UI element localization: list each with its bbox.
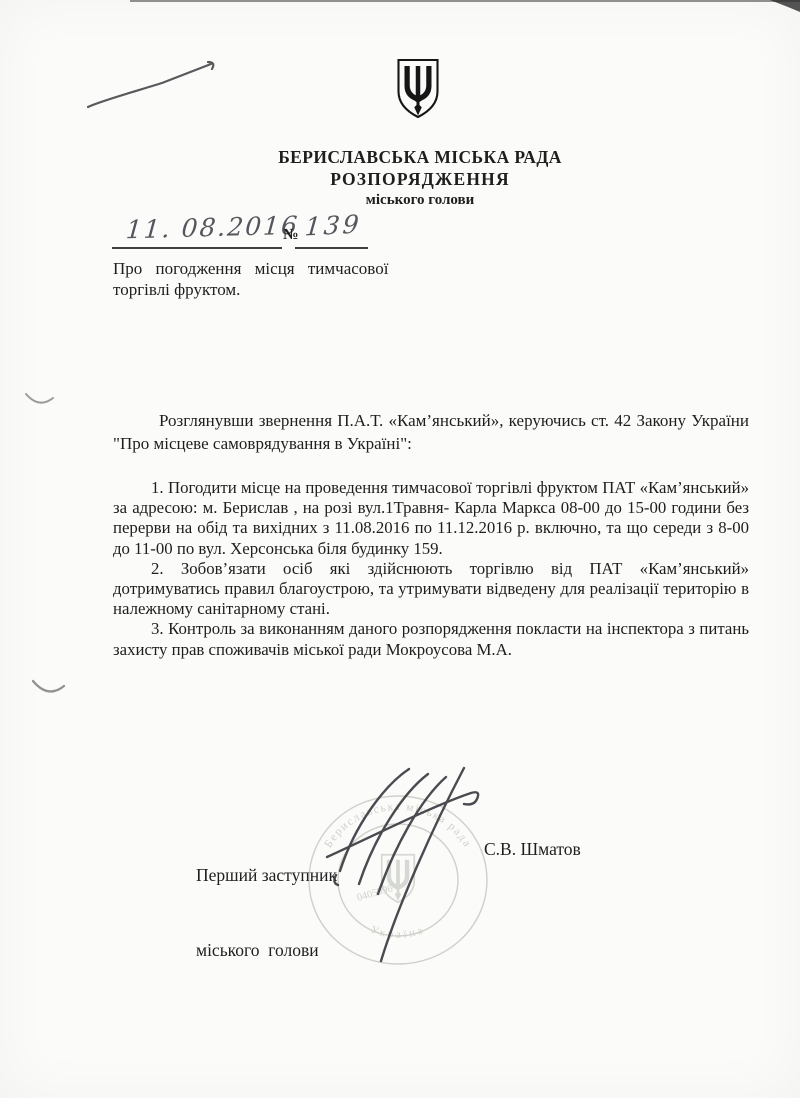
signature-title-line-2: міського голови bbox=[196, 938, 337, 963]
signature-title: Перший заступник міського голови bbox=[196, 813, 337, 1013]
ukraine-trident-emblem-icon bbox=[394, 57, 442, 120]
document-header: БЕРИСЛАВСЬКА МІСЬКА РАДА РОЗПОРЯДЖЕННЯ м… bbox=[60, 146, 780, 210]
staple-arc-2 bbox=[33, 681, 64, 691]
signature-title-line-1: Перший заступник bbox=[196, 863, 337, 888]
handwritten-date: 11. 08.2016 bbox=[125, 211, 300, 245]
staple-arc-1 bbox=[26, 394, 53, 403]
preamble-paragraph: Розглянувши звернення П.А.Т. «Кам’янськи… bbox=[113, 410, 749, 455]
resolution-items: 1. Погодити місце на проведення тимчасов… bbox=[113, 478, 749, 660]
seal-ring-top-text: Бериславська міська рада bbox=[322, 801, 473, 850]
item-2: 2. Зобов’язати осіб які здійснюють торгі… bbox=[113, 559, 749, 620]
subject-line-2: торгівлі фруктом. bbox=[113, 279, 423, 300]
subject-block: Про погодження місця тимчасової торгівлі… bbox=[113, 258, 423, 300]
scan-corner-mark bbox=[766, 0, 800, 14]
council-name: БЕРИСЛАВСЬКА МІСЬКА РАДА bbox=[60, 146, 780, 168]
corner-pen-scribble bbox=[88, 62, 213, 107]
number-label: № bbox=[283, 226, 299, 244]
signatory-name: С.В. Шматов bbox=[484, 839, 581, 860]
document-page: БЕРИСЛАВСЬКА МІСЬКА РАДА РОЗПОРЯДЖЕННЯ м… bbox=[0, 0, 800, 1098]
document-type: РОЗПОРЯДЖЕННЯ bbox=[60, 168, 780, 190]
date-underline bbox=[112, 247, 282, 249]
svg-text:Бериславська міська рада: Бериславська міська рада bbox=[322, 801, 473, 850]
handwritten-number: 139 bbox=[304, 209, 363, 241]
seal-ring-bottom-text: Україна bbox=[369, 924, 427, 941]
subject-line-1: Про погодження місця тимчасової bbox=[113, 258, 423, 279]
svg-text:Україна: Україна bbox=[369, 924, 427, 941]
item-3: 3. Контроль за виконанням даного розпоря… bbox=[113, 619, 749, 659]
number-underline bbox=[295, 247, 368, 249]
seal-code: 0405996 bbox=[356, 883, 394, 904]
item-1: 1. Погодити місце на проведення тимчасов… bbox=[113, 478, 749, 559]
seal-trident-icon bbox=[382, 855, 415, 903]
issuer-title: міського голови bbox=[60, 190, 780, 210]
scan-edge-line bbox=[130, 0, 800, 2]
